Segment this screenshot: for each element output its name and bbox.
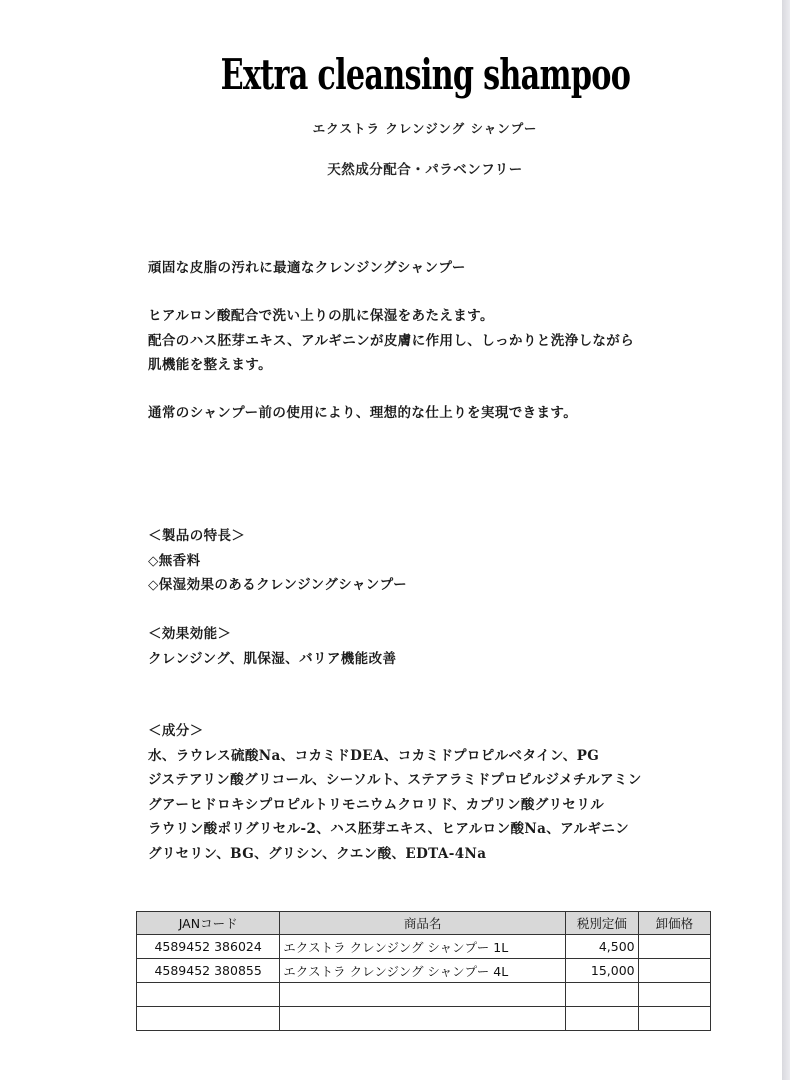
column-header-wholesale-price: 卸価格 <box>638 912 710 935</box>
intro-line: 配合のハス胚芽エキス、アルギニンが皮膚に作用し、しっかりと洗浄しながら <box>148 329 708 354</box>
product-subtitle-kana: エクストラ クレンジング シャンプー <box>0 119 790 137</box>
ingredients-line: グリセリン、BG、グリシン、クエン酸、EDTA-4Na <box>148 842 708 867</box>
product-name-cell: エクストラ クレンジング シャンプー 1L <box>280 935 566 959</box>
table-header-row: JANコード 商品名 税別定価 卸価格 <box>137 912 711 935</box>
page-edge-margin <box>782 0 790 1080</box>
wholesale-price-cell <box>638 1007 710 1031</box>
product-feature-tagline: 天然成分配合・パラベンフリー <box>0 158 790 178</box>
effects-heading: ＜効果効能＞ <box>148 622 708 647</box>
jan-code-cell: 4589452 380855 <box>137 959 280 983</box>
effects-text: クレンジング、肌保湿、バリア機能改善 <box>148 647 708 672</box>
jan-code-cell <box>137 983 280 1007</box>
wholesale-price-cell <box>638 959 710 983</box>
ingredients-line: ジステアリン酸グリコール、シーソルト、ステアラミドプロピルジメチルアミン <box>148 768 708 793</box>
product-price-table: JANコード 商品名 税別定価 卸価格 4589452 386024 エクストラ… <box>136 911 711 1031</box>
effects-section: ＜効果効能＞ クレンジング、肌保湿、バリア機能改善 <box>148 622 708 671</box>
intro-lead: 頑固な皮脂の汚れに最適なクレンジングシャンプー <box>148 256 708 281</box>
list-price-cell: 4,500 <box>566 935 639 959</box>
ingredients-line: 水、ラウレス硫酸Na、コカミドDEA、コカミドプロピルベタイン、PG <box>148 744 708 769</box>
wholesale-price-cell <box>638 935 710 959</box>
list-price-cell <box>566 983 639 1007</box>
product-name-cell: エクストラ クレンジング シャンプー 4L <box>280 959 566 983</box>
ingredients-line: ラウリン酸ポリグリセル-2、ハス胚芽エキス、ヒアルロン酸Na、アルギニン <box>148 817 708 842</box>
jan-code-cell: 4589452 386024 <box>137 935 280 959</box>
table-row: 4589452 386024 エクストラ クレンジング シャンプー 1L 4,5… <box>137 935 711 959</box>
features-heading: ＜製品の特長＞ <box>148 524 708 549</box>
intro-line: ヒアルロン酸配合で洗い上りの肌に保湿をあたえます。 <box>148 304 708 329</box>
feature-item: ◇無香料 <box>148 549 708 574</box>
intro-paragraph: ヒアルロン酸配合で洗い上りの肌に保湿をあたえます。 配合のハス胚芽エキス、アルギ… <box>148 304 708 378</box>
features-section: ＜製品の特長＞ ◇無香料 ◇保湿効果のあるクレンジングシャンプー <box>148 524 708 598</box>
ingredients-line: グアーヒドロキシプロピルトリモニウムクロリド、カプリン酸グリセリル <box>148 793 708 818</box>
product-title: Extra cleansing shampoo <box>220 50 630 100</box>
column-header-product-name: 商品名 <box>280 912 566 935</box>
product-name-cell <box>280 983 566 1007</box>
product-name-cell <box>280 1007 566 1031</box>
list-price-cell <box>566 1007 639 1031</box>
column-header-list-price: 税別定価 <box>566 912 639 935</box>
usage-text: 通常のシャンプー前の使用により、理想的な仕上りを実現できます。 <box>148 401 708 426</box>
wholesale-price-cell <box>638 983 710 1007</box>
jan-code-cell <box>137 1007 280 1031</box>
intro-line: 肌機能を整えます。 <box>148 353 708 378</box>
ingredients-section: ＜成分＞ 水、ラウレス硫酸Na、コカミドDEA、コカミドプロピルベタイン、PG … <box>148 719 708 866</box>
table-row <box>137 983 711 1007</box>
table-row <box>137 1007 711 1031</box>
list-price-cell: 15,000 <box>566 959 639 983</box>
title-container: Extra cleansing shampoo <box>0 50 790 100</box>
document-page: Extra cleansing shampoo エクストラ クレンジング シャン… <box>0 0 782 1080</box>
table-row: 4589452 380855 エクストラ クレンジング シャンプー 4L 15,… <box>137 959 711 983</box>
feature-item: ◇保湿効果のあるクレンジングシャンプー <box>148 573 708 598</box>
ingredients-heading: ＜成分＞ <box>148 719 708 744</box>
column-header-jan: JANコード <box>137 912 280 935</box>
